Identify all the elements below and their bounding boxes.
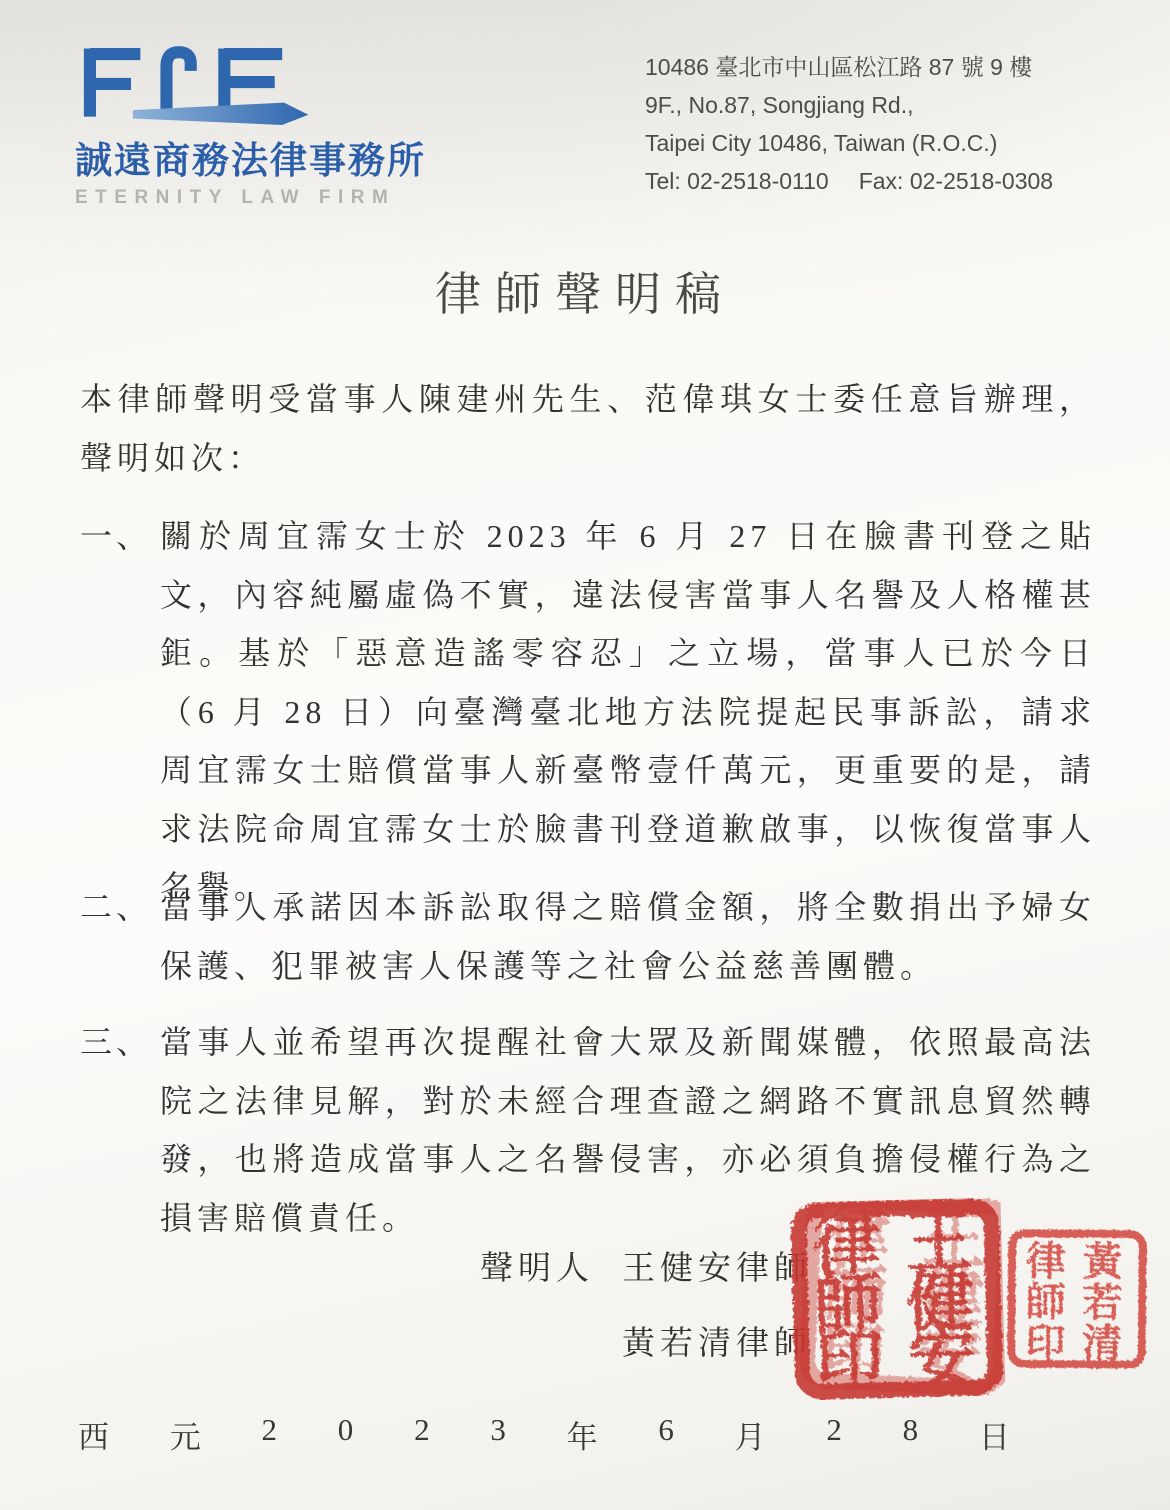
firm-name-en: ETERNITY LAW FIRM: [75, 187, 475, 209]
firm-name-zh: 誠遠商務法律事務所: [75, 130, 475, 184]
signatory-name-1: 王健安律師: [622, 1242, 812, 1289]
svg-text:師: 師: [1026, 1281, 1066, 1325]
item-text: 當事人承諾因本訴訟取得之賠償金額，將全數捐出予婦女保護、犯罪被害人保護等之社會公…: [160, 878, 1096, 995]
statement-item-2: 二、 當事人承諾因本訴訟取得之賠償金額，將全數捐出予婦女保護、犯罪被害人保護等之…: [80, 878, 1096, 995]
date-char: 6: [658, 1412, 674, 1457]
date-char: 2: [262, 1412, 278, 1457]
date-char: 2: [826, 1412, 842, 1457]
item-text: 關於周宜霈女士於 2023 年 6 月 27 日在臉書刊登之貼文，內容純屬虛偽不…: [160, 507, 1096, 917]
date-char: 月: [735, 1412, 766, 1457]
statement-item-1: 一、 關於周宜霈女士於 2023 年 6 月 27 日在臉書刊登之貼文，內容純屬…: [80, 507, 1096, 917]
svg-text:印: 印: [1025, 1322, 1065, 1366]
signatory-name-2: 黃若清律師: [622, 1317, 812, 1364]
signature-row-1: 聲明人王健安律師: [480, 1242, 812, 1317]
svg-text:印: 印: [815, 1324, 884, 1401]
fax-number: Fax: 02-2518-0308: [859, 168, 1053, 194]
item-number: 二、: [80, 878, 152, 937]
firm-logo: 誠遠商務法律事務所 ETERNITY LAW FIRM: [75, 38, 475, 209]
page-title: 律師聲明稿: [0, 258, 1170, 324]
svg-text:黃: 黃: [1083, 1240, 1125, 1284]
date-char: 日: [979, 1412, 1010, 1457]
svg-text:安: 安: [907, 1322, 976, 1399]
date-char: 2: [414, 1412, 430, 1457]
date-char: 年: [567, 1412, 598, 1457]
svg-text:若: 若: [1082, 1281, 1122, 1325]
address-line-en1: 9F., No.87, Songjiang Rd.,: [645, 86, 1125, 124]
date-char: 8: [903, 1412, 919, 1457]
date-char: 3: [490, 1412, 506, 1457]
date-char: 西: [78, 1412, 109, 1457]
tel-number: Tel: 02-2518-0110: [645, 168, 829, 194]
declarant-label: 聲明人: [480, 1242, 622, 1289]
lawyer-seal-huang-icon: 黃 若 清 律 師 印: [1005, 1227, 1148, 1370]
address-line-zh: 10486 臺北市中山區松江路 87 號 9 樓: [645, 48, 1125, 86]
intro-paragraph: 本律師聲明受當事人陳建州先生、范偉琪女士委任意旨辦理，聲明如次：: [80, 370, 1096, 487]
date-char: 0: [338, 1412, 354, 1457]
svg-text:清: 清: [1082, 1322, 1122, 1366]
svg-text:律: 律: [1026, 1239, 1066, 1283]
signature-row-2: 黃若清律師: [480, 1317, 812, 1392]
date-char: 元: [170, 1412, 201, 1457]
signature-block: 聲明人王健安律師 黃若清律師: [480, 1242, 812, 1392]
item-number: 一、: [80, 507, 152, 566]
date-line: 西 元 2 0 2 3 年 6 月 2 8 日: [78, 1412, 1010, 1457]
tel-fax-line: Tel: 02-2518-0110Fax: 02-2518-0308: [645, 162, 1125, 200]
document-page: 誠遠商務法律事務所 ETERNITY LAW FIRM 10486 臺北市中山區…: [0, 0, 1170, 1510]
address-line-en2: Taipei City 10486, Taiwan (R.O.C.): [645, 124, 1125, 162]
lawyer-seal-wang-icon: 王 健 安 律 師 印 王 健 安 律 師 印: [788, 1197, 1005, 1400]
item-number: 三、: [80, 1013, 152, 1072]
ele-logo-icon: [75, 38, 327, 128]
firm-address-block: 10486 臺北市中山區松江路 87 號 9 樓 9F., No.87, Son…: [645, 48, 1125, 200]
